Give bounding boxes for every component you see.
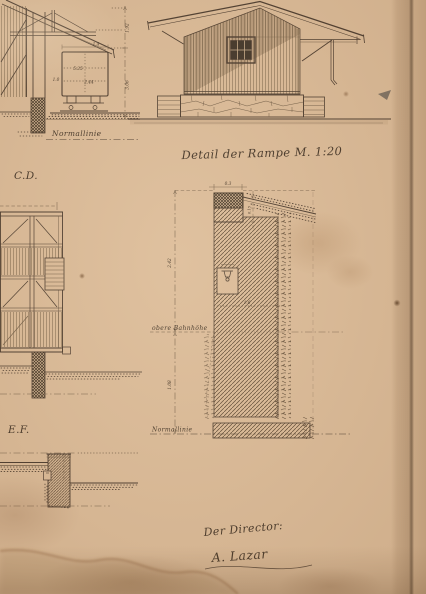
- ramp-depth-dim: 1.6: [244, 301, 251, 306]
- stone-cap: [214, 208, 243, 222]
- anchor-notch: [44, 471, 52, 480]
- ramp-surface: [243, 197, 316, 214]
- clearance-gauge: 5.25 2.44 1.4 1.0: [53, 43, 108, 97]
- drawing-sheet: 5.25 2.44 1.4 1.0 1.92: [0, 0, 426, 594]
- corner-board: [297, 29, 301, 94]
- director-signature: A. Lazar: [210, 546, 268, 565]
- ramp-left-upper-dim: 2.42: [168, 258, 173, 269]
- elevation-building: [128, 2, 391, 125]
- water-stain-bottom: [0, 550, 238, 594]
- detail-rampe: 0.3 2.42 1.08 0.15: [150, 182, 352, 440]
- foundation-pier: [32, 352, 45, 398]
- ramp-top-dim: 0.3: [225, 182, 232, 187]
- earth-face-right: [275, 212, 291, 419]
- corner-board: [184, 37, 188, 94]
- page-edge-mark: [378, 90, 391, 100]
- section-ef-label: E.F.: [7, 424, 30, 436]
- foundation-band: [213, 423, 310, 438]
- annex-box: [45, 258, 64, 290]
- sheet-title: Detail der Rampe M. 1:20: [180, 144, 342, 162]
- drainpipe: [331, 40, 337, 85]
- director-label: Der Director:: [202, 519, 283, 539]
- ramp-gravel-dim: 0.15: [248, 205, 252, 214]
- dimension-chain: 1.92 3.06: [96, 6, 131, 118]
- board-wall: [0, 6, 27, 97]
- edge-beam: [214, 193, 243, 208]
- chain-lower-dim: 3.06: [126, 80, 131, 90]
- detail-section-ef: [0, 453, 140, 508]
- section-top-left: 5.25 2.44 1.4 1.0 1.92: [0, 0, 140, 140]
- gauge-height-dim: 2.44: [83, 81, 94, 86]
- foundation-pier: [31, 98, 45, 133]
- stone-foundation: [181, 95, 304, 117]
- gauge-width-dim: 5.25: [73, 67, 83, 72]
- ramp-left-chain: 2.42 1.08: [168, 190, 177, 434]
- retaining-wall: [48, 454, 70, 507]
- wagon-bogie: [60, 96, 108, 111]
- signature-flourish: [205, 565, 312, 569]
- earth-face-left: [203, 334, 214, 419]
- ramp-wall: [214, 217, 278, 417]
- ramp-left-lower-dim: 1.08: [168, 380, 173, 390]
- window: [227, 37, 255, 63]
- gauge-side-dim: 1.0: [53, 78, 60, 83]
- datum-label: Normallinie: [151, 427, 193, 434]
- chain-upper-dim: 1.92: [126, 23, 131, 33]
- rail-level-label: obere Bahnhöhe: [152, 325, 208, 332]
- anchor-recess: [217, 265, 238, 295]
- gauge-top-dim: 1.4: [93, 43, 100, 48]
- left-steps: [158, 96, 181, 117]
- signature-block: Der Director: A. Lazar: [202, 519, 312, 569]
- normallinie-label-top: Normallinie: [51, 129, 102, 138]
- right-steps: [304, 97, 325, 117]
- section-cd-label: C.D.: [14, 170, 38, 182]
- base-ledge: [63, 347, 71, 354]
- drawing-linework: 5.25 2.44 1.4 1.0 1.92: [0, 0, 426, 594]
- elevation-section-cd: [0, 202, 142, 398]
